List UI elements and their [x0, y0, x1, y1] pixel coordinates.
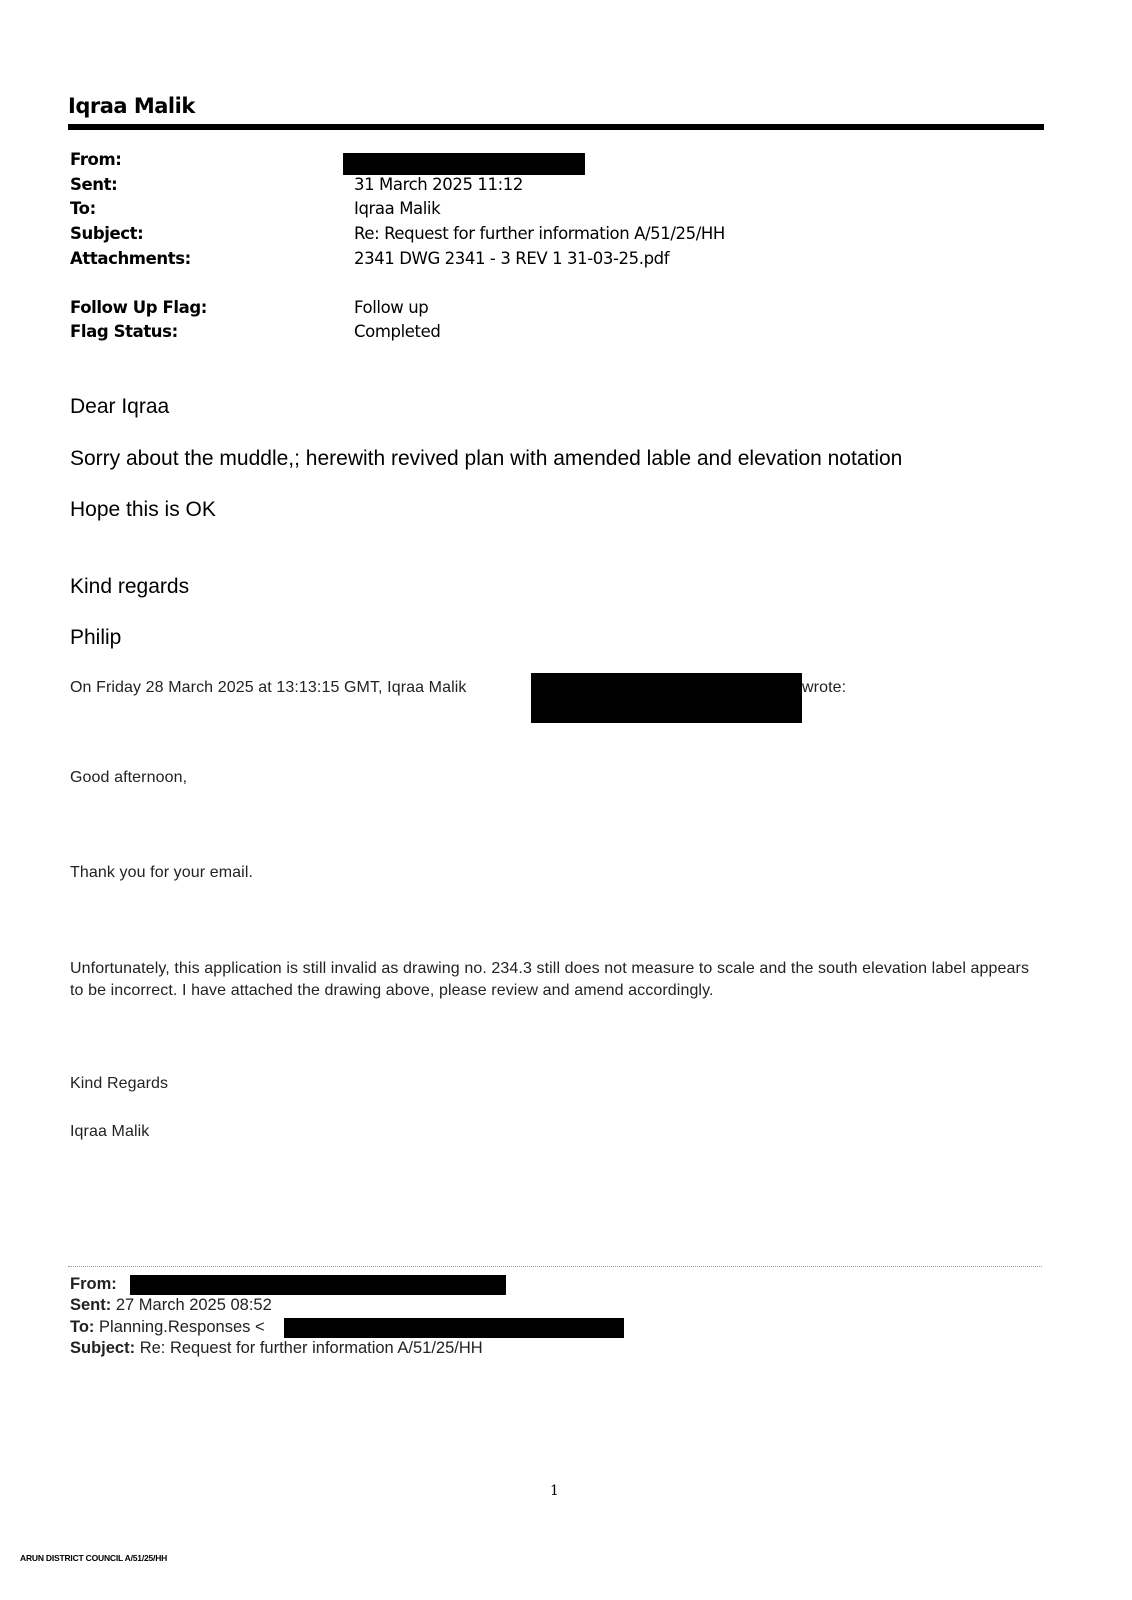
reply-line-1: Sorry about the muddle,; herewith revive… — [70, 447, 902, 471]
fwd-sent-label: Sent: — [70, 1296, 111, 1314]
redacted-email-address — [531, 673, 802, 723]
to-value: Iqraa Malik — [354, 199, 440, 218]
from-label: From: — [70, 150, 121, 169]
quote-thanks: Thank you for your email. — [70, 864, 253, 882]
redacted-fwd-from — [130, 1275, 506, 1295]
quote-signoff: Kind Regards — [70, 1075, 168, 1093]
attachment-link[interactable]: 2341 DWG 2341 - 3 REV 1 31-03-25.pdf — [354, 249, 669, 268]
document-title: Iqraa Malik — [68, 94, 195, 118]
fwd-subject-label: Subject: — [70, 1339, 135, 1357]
reply-line-2: Hope this is OK — [70, 498, 216, 522]
subject-label: Subject: — [70, 224, 143, 243]
sent-value: 31 March 2025 11:12 — [354, 175, 523, 194]
flag-status-label: Flag Status: — [70, 322, 178, 341]
fwd-subject-row: Subject: Re: Request for further informa… — [70, 1339, 483, 1358]
fwd-sent-row: Sent: 27 March 2025 08:52 — [70, 1296, 272, 1315]
fwd-to-value: Planning.Responses < — [99, 1318, 265, 1336]
fwd-to-row: To: Planning.Responses < — [70, 1318, 265, 1337]
follow-up-flag-label: Follow Up Flag: — [70, 298, 207, 317]
follow-up-flag-value: Follow up — [354, 298, 428, 317]
redacted-from — [343, 153, 585, 175]
flag-status-value: Completed — [354, 322, 440, 341]
quote-paragraph: Unfortunately, this application is still… — [70, 958, 1030, 1002]
subject-value: Re: Request for further information A/51… — [354, 224, 725, 243]
sent-label: Sent: — [70, 175, 117, 194]
page-number: 1 — [550, 1483, 559, 1499]
quote-signature: Iqraa Malik — [70, 1123, 149, 1141]
fwd-from-label: From: — [70, 1275, 117, 1293]
redacted-fwd-to — [284, 1318, 624, 1338]
quote-divider — [68, 1266, 1042, 1267]
title-divider — [68, 124, 1044, 130]
fwd-subject-value: Re: Request for further information A/51… — [140, 1339, 483, 1357]
fwd-from-row: From: — [70, 1275, 117, 1294]
reply-greeting: Dear Iqraa — [70, 395, 169, 419]
quote-greeting: Good afternoon, — [70, 769, 187, 787]
to-label: To: — [70, 199, 96, 218]
reply-signature: Philip — [70, 626, 121, 650]
reply-signoff: Kind regards — [70, 575, 189, 599]
document-footer: ARUN DISTRICT COUNCIL A/51/25/HH — [20, 1553, 167, 1563]
attachments-label: Attachments: — [70, 249, 191, 268]
fwd-to-label: To: — [70, 1318, 94, 1336]
quote-attribution-suffix: wrote: — [802, 679, 846, 697]
fwd-sent-value: 27 March 2025 08:52 — [116, 1296, 272, 1314]
quote-attribution-prefix: On Friday 28 March 2025 at 13:13:15 GMT,… — [70, 679, 467, 697]
